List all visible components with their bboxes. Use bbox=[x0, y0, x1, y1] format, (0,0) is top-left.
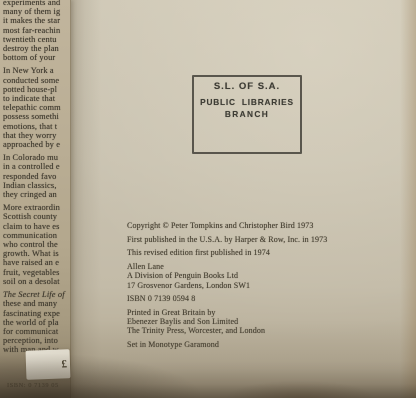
flap-blurb-line: approached by e bbox=[3, 140, 67, 149]
flap-blurb-line: soil on a desolat bbox=[3, 277, 67, 286]
flap-blurb-line: Indian classics, bbox=[3, 181, 67, 190]
imprint-line: Set in Monotype Garamond bbox=[127, 340, 327, 349]
imprint-group: Copyright © Peter Tompkins and Christoph… bbox=[127, 221, 327, 230]
price-currency-symbol: £ bbox=[61, 358, 67, 370]
flap-blurb-line: it makes the star bbox=[3, 16, 67, 25]
jacket-flap: experiments andmany of them igit makes t… bbox=[0, 0, 71, 398]
flap-blurb-line: to indicate that bbox=[3, 94, 67, 103]
imprint-line: Ebenezer Baylis and Son Limited bbox=[127, 317, 327, 326]
imprint-line: First published in the U.S.A. by Harper … bbox=[127, 235, 327, 244]
flap-blurb-line: claim to have es bbox=[3, 222, 67, 231]
flap-blurb-line: perception, into bbox=[3, 336, 67, 345]
flap-blurb-line: In Colorado mu bbox=[3, 153, 67, 162]
gutter-shadow bbox=[71, 0, 101, 398]
flap-para: experiments andmany of them igit makes t… bbox=[3, 0, 67, 62]
flap-blurb-line: that they worry bbox=[3, 131, 67, 140]
flap-blurb-text: experiments andmany of them igit makes t… bbox=[3, 0, 67, 359]
imprint-group: This revised edition first published in … bbox=[127, 248, 327, 257]
imprint-group: ISBN 0 7139 0594 8 bbox=[127, 294, 327, 303]
imprint-line: ISBN 0 7139 0594 8 bbox=[127, 294, 327, 303]
flap-isbn-label: ISBN: 0 7139 05 bbox=[7, 382, 67, 389]
book-copyright-page-photo: experiments andmany of them igit makes t… bbox=[0, 0, 416, 398]
flap-blurb-line: bottom of your bbox=[3, 53, 67, 62]
flap-blurb-line: they cringed an bbox=[3, 190, 67, 199]
imprint-group: Allen LaneA Division of Penguin Books Lt… bbox=[127, 262, 327, 290]
flap-blurb-line: possess somethi bbox=[3, 112, 67, 121]
imprint-line: Printed in Great Britain by bbox=[127, 308, 327, 317]
flap-blurb-line: emotions, that t bbox=[3, 122, 67, 131]
copyright-imprint-block: Copyright © Peter Tompkins and Christoph… bbox=[127, 221, 327, 354]
imprint-line: A Division of Penguin Books Ltd bbox=[127, 271, 327, 280]
stamp-branch-label: BRANCH bbox=[194, 109, 300, 119]
right-edge-shadow bbox=[400, 0, 416, 398]
flap-blurb-line: responded favo bbox=[3, 172, 67, 181]
imprint-group: First published in the U.S.A. by Harper … bbox=[127, 235, 327, 244]
flap-para: In Colorado muin a controlled eresponded… bbox=[3, 153, 67, 199]
price-sticker: £ bbox=[26, 349, 71, 380]
flap-blurb-line: potted house-pl bbox=[3, 85, 67, 94]
flap-blurb-line: Scottish county bbox=[3, 212, 67, 221]
flap-blurb-line: who control the bbox=[3, 240, 67, 249]
stamp-org-name: S.L. OF S.A. bbox=[194, 81, 300, 92]
imprint-group: Printed in Great Britain byEbenezer Bayl… bbox=[127, 308, 327, 336]
flap-blurb-line: communication bbox=[3, 231, 67, 240]
flap-blurb-line: More extraordin bbox=[3, 203, 67, 212]
flap-blurb-line: have raised an e bbox=[3, 258, 67, 267]
imprint-line: 17 Grosvenor Gardens, London SW1 bbox=[127, 281, 327, 290]
imprint-group: Set in Monotype Garamond bbox=[127, 340, 327, 349]
flap-blurb-line: many of them ig bbox=[3, 7, 67, 16]
flap-blurb-line: conducted some bbox=[3, 76, 67, 85]
flap-blurb-line: In New York a bbox=[3, 66, 67, 75]
flap-blurb-line: destroy the plan bbox=[3, 44, 67, 53]
flap-blurb-line: experiments and bbox=[3, 0, 67, 7]
flap-blurb-line: twentieth centu bbox=[3, 35, 67, 44]
flap-para: In New York aconducted somepotted house-… bbox=[3, 66, 67, 149]
imprint-line: This revised edition first published in … bbox=[127, 248, 327, 257]
flap-blurb-line: fascinating expe bbox=[3, 309, 67, 318]
flap-para: More extraordinScottish countyclaim to h… bbox=[3, 203, 67, 286]
flap-blurb-line: growth. What is bbox=[3, 249, 67, 258]
imprint-line: Copyright © Peter Tompkins and Christoph… bbox=[127, 221, 327, 230]
flap-blurb-line: The Secret Life of bbox=[3, 290, 67, 299]
bottom-smudge-shadow bbox=[225, 380, 375, 398]
flap-blurb-line: in a controlled e bbox=[3, 162, 67, 171]
flap-para: The Secret Life ofthese and manyfascinat… bbox=[3, 290, 67, 354]
imprint-line: The Trinity Press, Worcester, and London bbox=[127, 326, 327, 335]
flap-blurb-line: the world of pla bbox=[3, 318, 67, 327]
flap-blurb-line: these and many bbox=[3, 299, 67, 308]
stamp-libraries-label: PUBLIC LIBRARIES bbox=[194, 97, 300, 107]
flap-blurb-line: for communicat bbox=[3, 327, 67, 336]
library-stamp-box: S.L. OF S.A. PUBLIC LIBRARIES BRANCH bbox=[192, 75, 302, 154]
flap-blurb-line: telepathic comm bbox=[3, 103, 67, 112]
flap-blurb-line: most far-reachin bbox=[3, 26, 67, 35]
imprint-line: Allen Lane bbox=[127, 262, 327, 271]
flap-blurb-line: fruit, vegetables bbox=[3, 268, 67, 277]
